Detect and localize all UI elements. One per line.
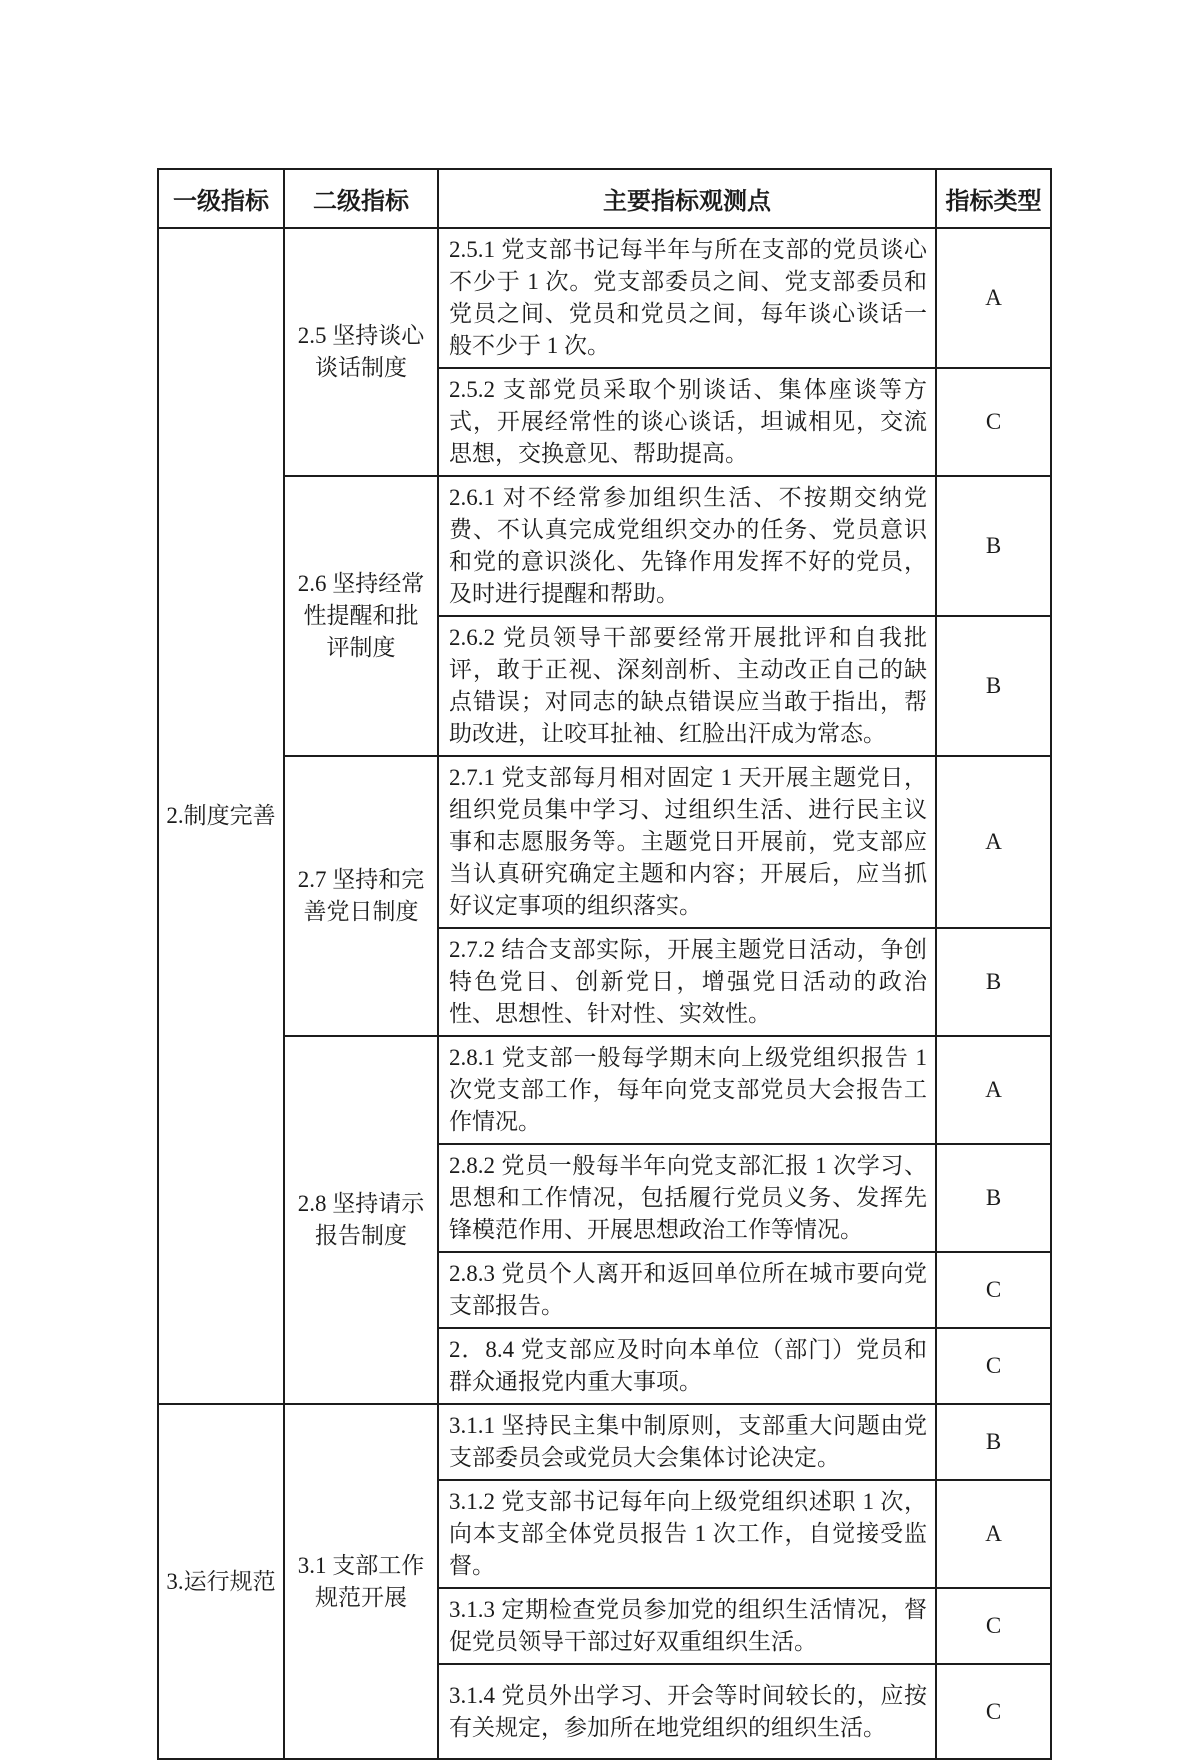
type-2-8-1: A bbox=[936, 1036, 1051, 1144]
table-row: 2.制度完善 2.5 坚持谈心谈话制度 2.5.1 党支部书记每半年与所在支部的… bbox=[158, 228, 1051, 368]
type-2-5-1: A bbox=[936, 228, 1051, 368]
level2-cell-2-6: 2.6 坚持经常性提醒和批评制度 bbox=[284, 476, 438, 756]
type-3-1-1: B bbox=[936, 1404, 1051, 1480]
table-row: 2.7 坚持和完善党日制度 2.7.1 党支部每月相对固定 1 天开展主题党日，… bbox=[158, 756, 1051, 928]
level2-cell-3-1: 3.1 支部工作规范开展 bbox=[284, 1404, 438, 1759]
obs-2-7-2: 2.7.2 结合支部实际，开展主题党日活动，争创特色党日、创新党日，增强党日活动… bbox=[438, 928, 936, 1036]
type-3-1-2: A bbox=[936, 1480, 1051, 1588]
type-2-5-2: C bbox=[936, 368, 1051, 476]
obs-2-8-3: 2.8.3 党员个人离开和返回单位所在城市要向党支部报告。 bbox=[438, 1252, 936, 1328]
type-2-8-4: C bbox=[936, 1328, 1051, 1404]
table-row: 2.6 坚持经常性提醒和批评制度 2.6.1 对不经常参加组织生活、不按期交纳党… bbox=[158, 476, 1051, 616]
type-2-7-2: B bbox=[936, 928, 1051, 1036]
obs-2-7-1: 2.7.1 党支部每月相对固定 1 天开展主题党日，组织党员集中学习、过组织生活… bbox=[438, 756, 936, 928]
col-header-level1: 一级指标 bbox=[158, 169, 284, 228]
level2-cell-2-5: 2.5 坚持谈心谈话制度 bbox=[284, 228, 438, 476]
obs-2-6-2: 2.6.2 党员领导干部要经常开展批评和自我批评，敢于正视、深刻剖析、主动改正自… bbox=[438, 616, 936, 756]
level1-cell-2: 2.制度完善 bbox=[158, 228, 284, 1404]
obs-2-6-1: 2.6.1 对不经常参加组织生活、不按期交纳党费、不认真完成党组织交办的任务、党… bbox=[438, 476, 936, 616]
type-3-1-3: C bbox=[936, 1588, 1051, 1664]
indicator-table: 一级指标 二级指标 主要指标观测点 指标类型 2.制度完善 2.5 坚持谈心谈话… bbox=[157, 168, 1052, 1760]
level2-cell-2-7: 2.7 坚持和完善党日制度 bbox=[284, 756, 438, 1036]
col-header-level2: 二级指标 bbox=[284, 169, 438, 228]
type-2-7-1: A bbox=[936, 756, 1051, 928]
type-3-1-4: C bbox=[936, 1664, 1051, 1759]
obs-2-5-1: 2.5.1 党支部书记每半年与所在支部的党员谈心不少于 1 次。党支部委员之间、… bbox=[438, 228, 936, 368]
table-row: 3.运行规范 3.1 支部工作规范开展 3.1.1 坚持民主集中制原则，支部重大… bbox=[158, 1404, 1051, 1480]
obs-3-1-2: 3.1.2 党支部书记每年向上级党组织述职 1 次，向本支部全体党员报告 1 次… bbox=[438, 1480, 936, 1588]
obs-3-1-3: 3.1.3 定期检查党员参加党的组织生活情况，督促党员领导干部过好双重组织生活。 bbox=[438, 1588, 936, 1664]
level2-cell-2-8: 2.8 坚持请示报告制度 bbox=[284, 1036, 438, 1404]
obs-2-8-4: 2．8.4 党支部应及时向本单位（部门）党员和群众通报党内重大事项。 bbox=[438, 1328, 936, 1404]
obs-2-8-1: 2.8.1 党支部一般每学期末向上级党组织报告 1 次党支部工作，每年向党支部党… bbox=[438, 1036, 936, 1144]
obs-3-1-1: 3.1.1 坚持民主集中制原则，支部重大问题由党支部委员会或党员大会集体讨论决定… bbox=[438, 1404, 936, 1480]
type-2-8-3: C bbox=[936, 1252, 1051, 1328]
header-row: 一级指标 二级指标 主要指标观测点 指标类型 bbox=[158, 169, 1051, 228]
obs-3-1-4: 3.1.4 党员外出学习、开会等时间较长的，应按有关规定，参加所在地党组织的组织… bbox=[438, 1664, 936, 1759]
obs-2-8-2: 2.8.2 党员一般每半年向党支部汇报 1 次学习、思想和工作情况，包括履行党员… bbox=[438, 1144, 936, 1252]
table-row: 2.8 坚持请示报告制度 2.8.1 党支部一般每学期末向上级党组织报告 1 次… bbox=[158, 1036, 1051, 1144]
type-2-6-1: B bbox=[936, 476, 1051, 616]
type-2-6-2: B bbox=[936, 616, 1051, 756]
col-header-observation: 主要指标观测点 bbox=[438, 169, 936, 228]
type-2-8-2: B bbox=[936, 1144, 1051, 1252]
level1-cell-3: 3.运行规范 bbox=[158, 1404, 284, 1759]
col-header-type: 指标类型 bbox=[936, 169, 1051, 228]
obs-2-5-2: 2.5.2 支部党员采取个别谈话、集体座谈等方式，开展经常性的谈心谈话，坦诚相见… bbox=[438, 368, 936, 476]
